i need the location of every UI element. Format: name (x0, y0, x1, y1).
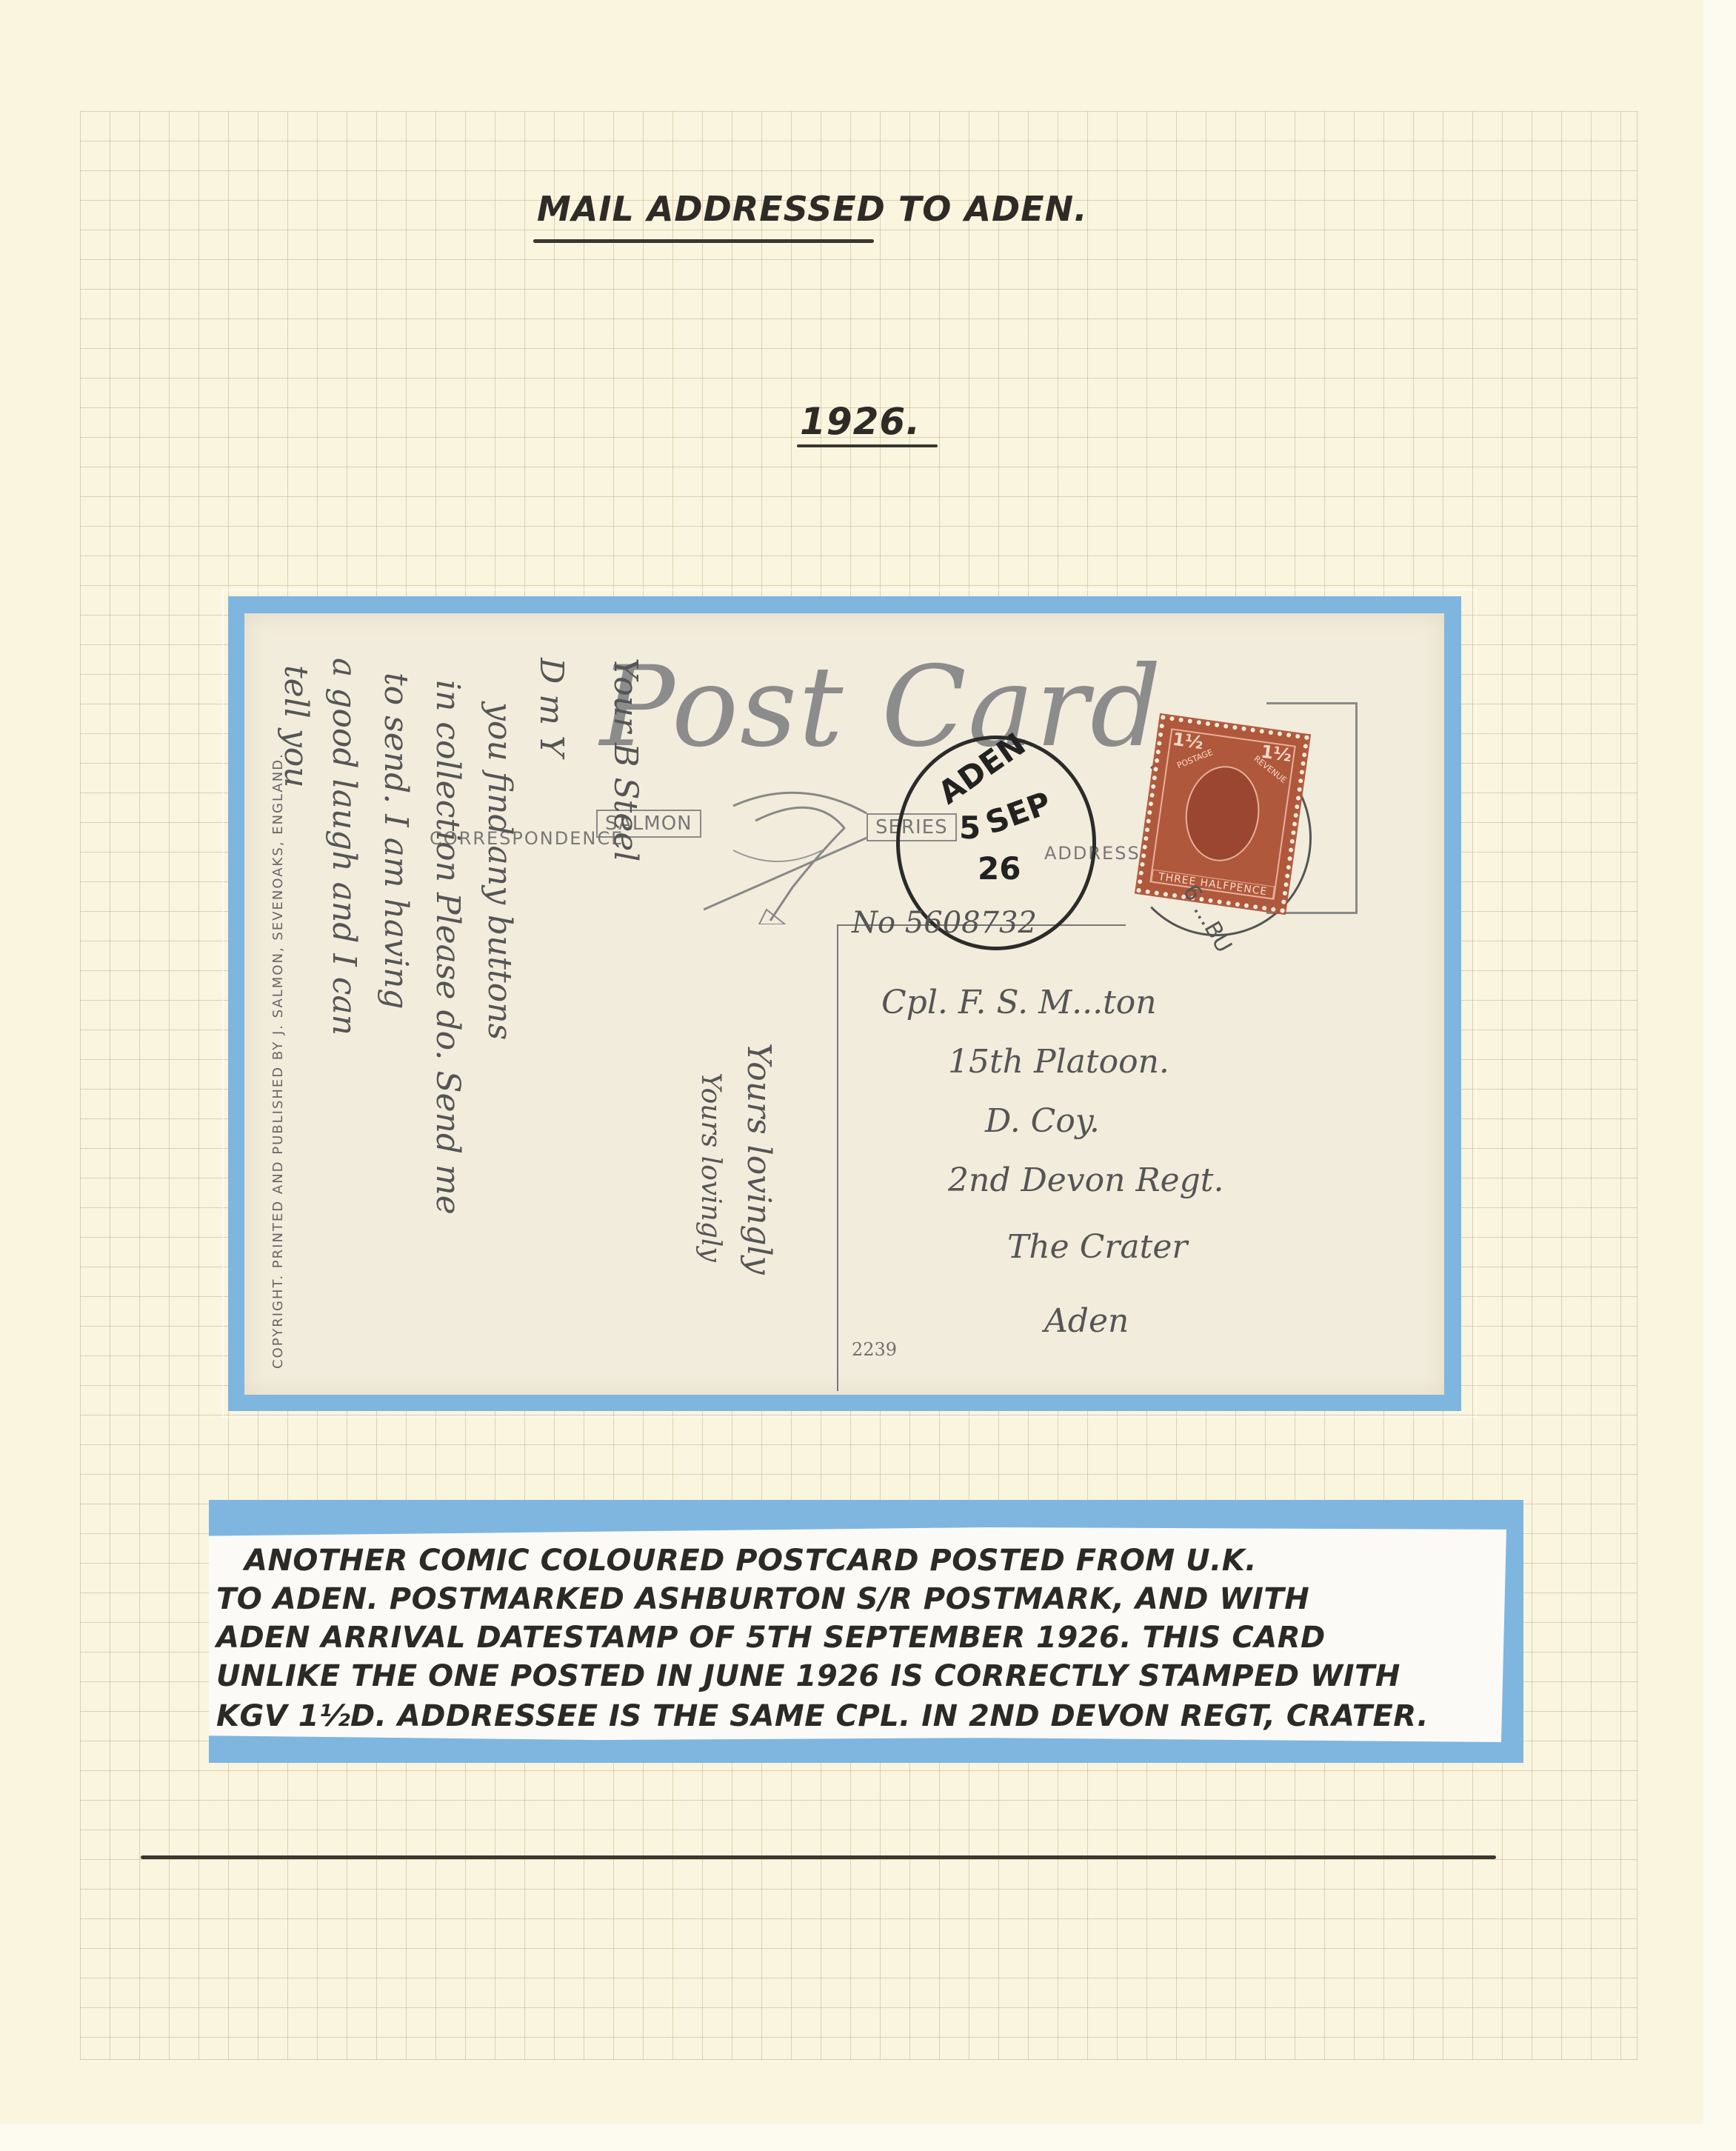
service-number: No 5608732 (852, 906, 1037, 940)
message-line: to send. I am having (377, 673, 415, 1010)
copyright-imprint: COPYRIGHT. PRINTED AND PUBLISHED BY J. S… (270, 753, 286, 1369)
aden-postmark-day: 5 (959, 810, 981, 846)
postcard-heading: Post Card (600, 643, 1163, 772)
address-line: Aden (1044, 1302, 1129, 1340)
kgv-stamp: 1½ 1½ POSTAGE REVENUE THREE HALFPENCE (1136, 715, 1309, 913)
message-line: a good laugh and I can (325, 658, 363, 1036)
message-line: Your B Steel (607, 658, 644, 861)
address-line: 15th Platoon. (948, 1043, 1169, 1081)
address-line: D. Coy. (985, 1102, 1100, 1140)
description-line: ADEN ARRIVAL DATESTAMP OF 5TH SEPTEMBER … (216, 1621, 1326, 1655)
aden-postmark-year: 26 (978, 850, 1021, 887)
page-title: MAIL ADDRESSED TO ADEN. (537, 189, 1088, 229)
bottom-rule (141, 1855, 1496, 1859)
year-underline (797, 444, 938, 447)
salmon-logo-icon (704, 776, 896, 924)
description-line: ANOTHER COMIC COLOURED POSTCARD POSTED F… (244, 1544, 1257, 1578)
address-line: 2nd Devon Regt. (948, 1161, 1223, 1199)
card-number: 2239 (852, 1339, 897, 1360)
title-underline (533, 239, 874, 243)
album-page: MAIL ADDRESSED TO ADEN. 1926. Post Card … (0, 0, 1703, 2124)
address-line: The Crater (1007, 1228, 1187, 1266)
message-line: tell you (277, 665, 315, 788)
page-year: 1926. (800, 400, 921, 443)
address-line: Cpl. F. S. M...ton (881, 984, 1157, 1021)
description-line: TO ADEN. POSTMARKED ASHBURTON S/R POSTMA… (216, 1582, 1309, 1616)
card-divider-vertical (837, 924, 838, 1391)
description-line: UNLIKE THE ONE POSTED IN JUNE 1926 IS CO… (216, 1659, 1401, 1693)
message-line: D m Y (533, 658, 570, 757)
description-card: ANOTHER COMIC COLOURED POSTCARD POSTED F… (209, 1527, 1506, 1742)
description-line: KGV 1½D. ADDRESSEE IS THE SAME CPL. IN 2… (216, 1699, 1429, 1733)
message-line: you find any buttons (481, 702, 518, 1040)
message-line: in collection Please do. Send me (429, 680, 467, 1215)
message-line: Yours lovingly (695, 1073, 726, 1262)
stamp-value-left: 1½ (1172, 729, 1205, 754)
message-line: Yours lovingly (740, 1043, 778, 1275)
postcard: Post Card SALMON SERIES CORRESPONDENCE A… (244, 613, 1444, 1395)
